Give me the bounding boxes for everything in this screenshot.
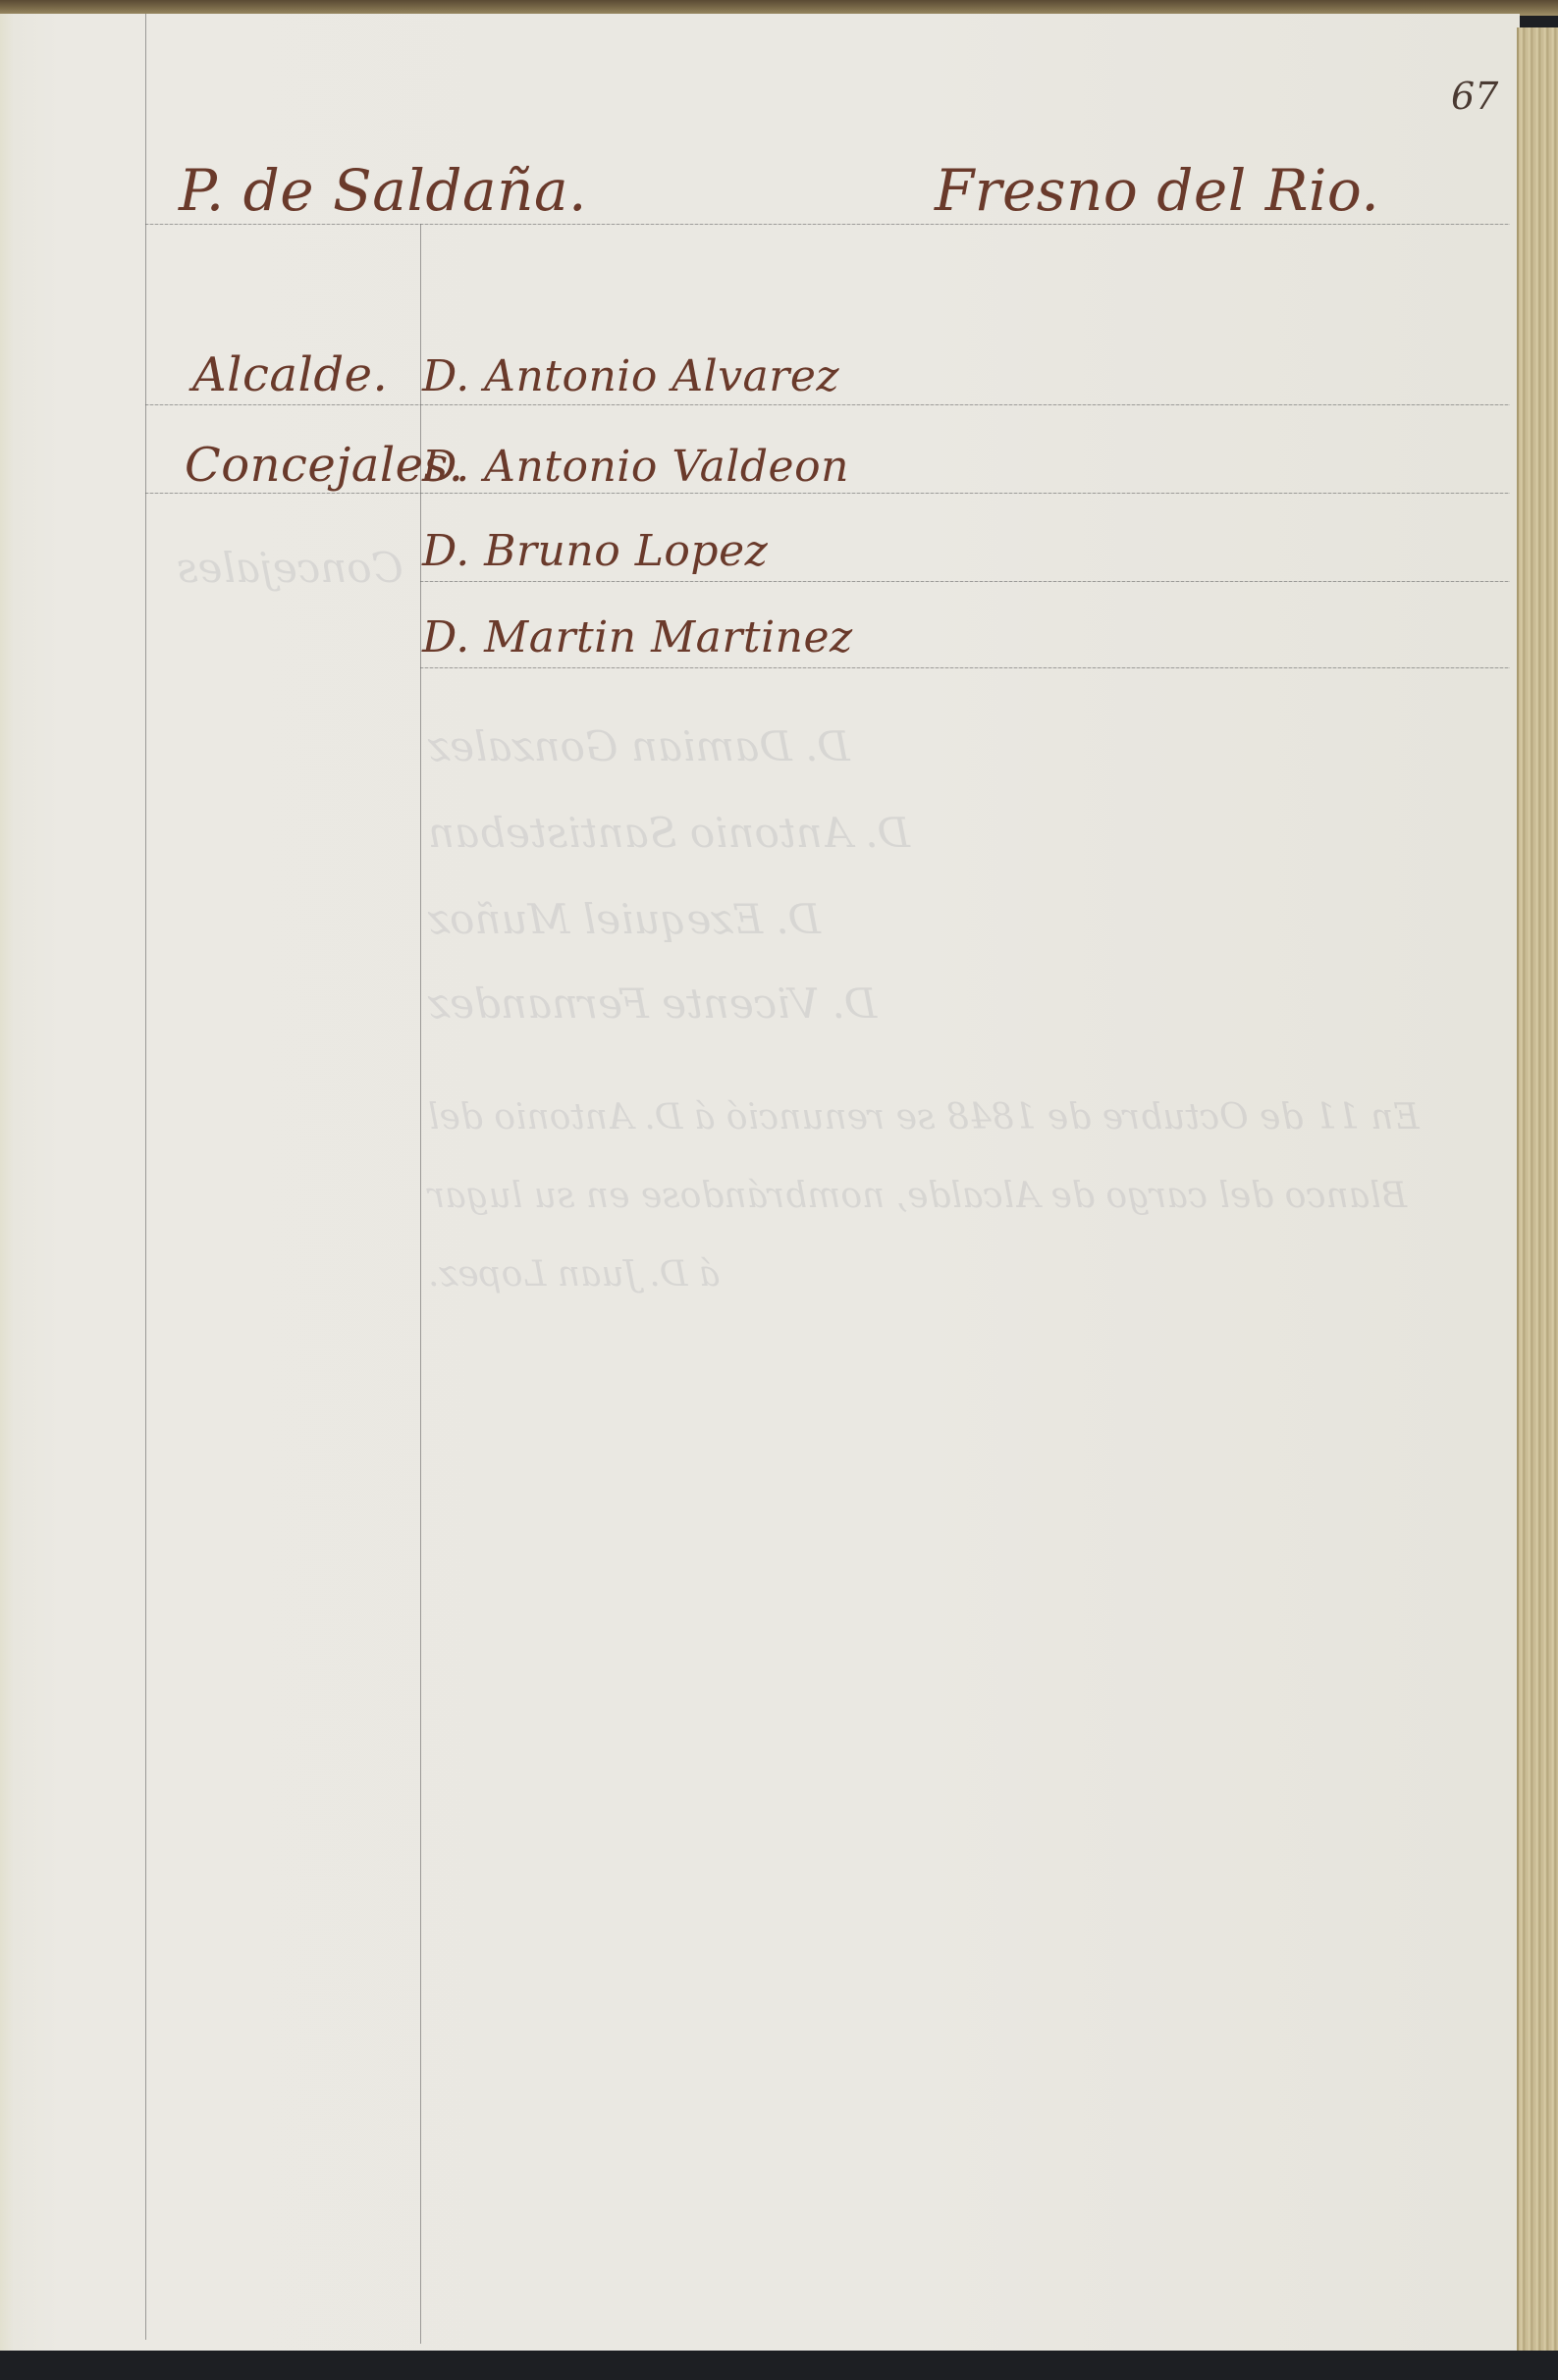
background-shadow bbox=[0, 2351, 1558, 2380]
bleed-through-name: D. Ezequiel Muñoz bbox=[428, 895, 821, 943]
left-margin-rule bbox=[145, 14, 146, 2340]
header-locality-right: Fresno del Rio. bbox=[935, 157, 1379, 224]
person-name: D. Antonio Valdeon bbox=[422, 442, 849, 492]
role-label: Alcalde. bbox=[192, 347, 388, 402]
bleed-through-name: D. Antonio Santisteban bbox=[428, 809, 910, 857]
person-name: D. Antonio Alvarez bbox=[422, 351, 839, 401]
header-rule bbox=[145, 224, 1510, 225]
bleed-through-name: D. Damian Gonzalez bbox=[428, 722, 850, 770]
bleed-through-name: D. Vicente Fernandez bbox=[428, 979, 877, 1028]
page-edges-stack bbox=[1517, 27, 1558, 2355]
row-rule-1 bbox=[145, 404, 1510, 405]
row-rule-4 bbox=[420, 667, 1510, 668]
bleed-through-margin-label: Concejales bbox=[177, 544, 403, 592]
column-divider-rule bbox=[420, 224, 421, 2344]
ledger-page: 67 P. de Saldaña. Fresno del Rio. Alcald… bbox=[0, 14, 1520, 2354]
row-rule-3 bbox=[420, 581, 1510, 582]
person-name: D. Bruno Lopez bbox=[422, 526, 768, 576]
bleed-through-note-line: En 11 de Octubre de 1848 se renunció á D… bbox=[428, 1097, 1420, 1137]
bleed-through-note-line: Blanco del cargo de Alcalde, nombrándose… bbox=[428, 1176, 1407, 1216]
row-rule-2 bbox=[145, 493, 1510, 494]
person-name: D. Martin Martinez bbox=[422, 612, 853, 662]
bleed-through-note-line: á D. Juan Lopez. bbox=[428, 1254, 720, 1295]
header-municipality-left: P. de Saldaña. bbox=[179, 157, 587, 224]
page-number: 67 bbox=[1451, 75, 1498, 118]
